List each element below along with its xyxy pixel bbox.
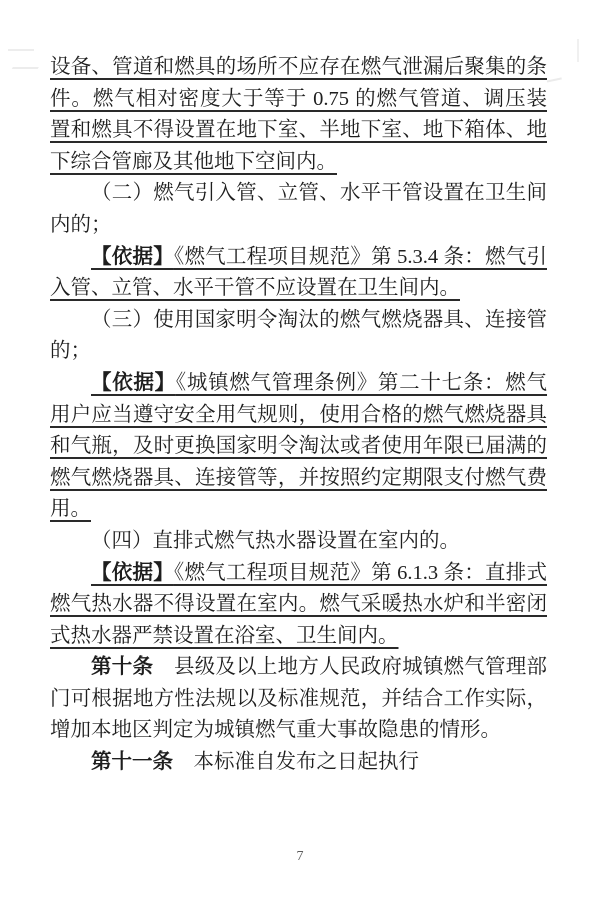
paragraph-text: （三）使用国家明令淘汰的燃气燃烧器具、连接管的；: [50, 309, 547, 363]
paragraph-text: 《城镇燃气管理条例》第二十七条：燃气用户应当遵守安全用气规则，使用合格的燃气燃烧…: [50, 372, 547, 520]
paragraph: 第十一条 本标准自发布之日起执行: [50, 747, 547, 779]
paragraph-text-bold: 【依据】: [91, 372, 176, 394]
paragraph: （三）使用国家明令淘汰的燃气燃烧器具、连接管的；: [50, 305, 547, 368]
paragraph: 【依据】《燃气工程项目规范》第 6.1.3 条：直排式燃气热水器不得设置在室内。…: [50, 558, 547, 653]
paragraph-text: 设备、管道和燃具的场所不应存在燃气泄漏后聚集的条件。燃气相对密度大于等于 0.7…: [50, 56, 547, 173]
paragraph: （四）直排式燃气热水器设置在室内的。: [50, 526, 547, 558]
paragraph-text-bold: 【依据】: [91, 246, 174, 268]
paragraph: 设备、管道和燃具的场所不应存在燃气泄漏后聚集的条件。燃气相对密度大于等于 0.7…: [50, 52, 547, 178]
scan-artifact: [7, 67, 39, 77]
page-number: 7: [0, 849, 600, 865]
paragraph: 【依据】《城镇燃气管理条例》第二十七条：燃气用户应当遵守安全用气规则，使用合格的…: [50, 368, 547, 526]
paragraph-text-bold: 【依据】: [91, 562, 174, 584]
paragraph-text: （四）直排式燃气热水器设置在室内的。: [91, 530, 460, 552]
paragraph-text-bold: 第十条: [91, 656, 153, 678]
scan-artifact: [8, 49, 34, 51]
document-body: 设备、管道和燃具的场所不应存在燃气泄漏后聚集的条件。燃气相对密度大于等于 0.7…: [50, 52, 547, 779]
paragraph-text: 本标准自发布之日起执行: [173, 751, 419, 773]
paragraph-text: （二）燃气引入管、立管、水平干管设置在卫生间内的；: [50, 182, 547, 236]
scan-artifact: [577, 39, 579, 62]
paragraph: 第十条 县级及以上地方人民政府城镇燃气管理部门可根据地方性法规以及标准规范，并结…: [50, 652, 547, 747]
scan-artifact: [545, 70, 562, 83]
paragraph: 【依据】《燃气工程项目规范》第 5.3.4 条：燃气引入管、立管、水平干管不应设…: [50, 242, 547, 305]
paragraph-text-bold: 第十一条: [91, 751, 173, 773]
paragraph: （二）燃气引入管、立管、水平干管设置在卫生间内的；: [50, 178, 547, 241]
document-page: 设备、管道和燃具的场所不应存在燃气泄漏后聚集的条件。燃气相对密度大于等于 0.7…: [0, 0, 600, 898]
